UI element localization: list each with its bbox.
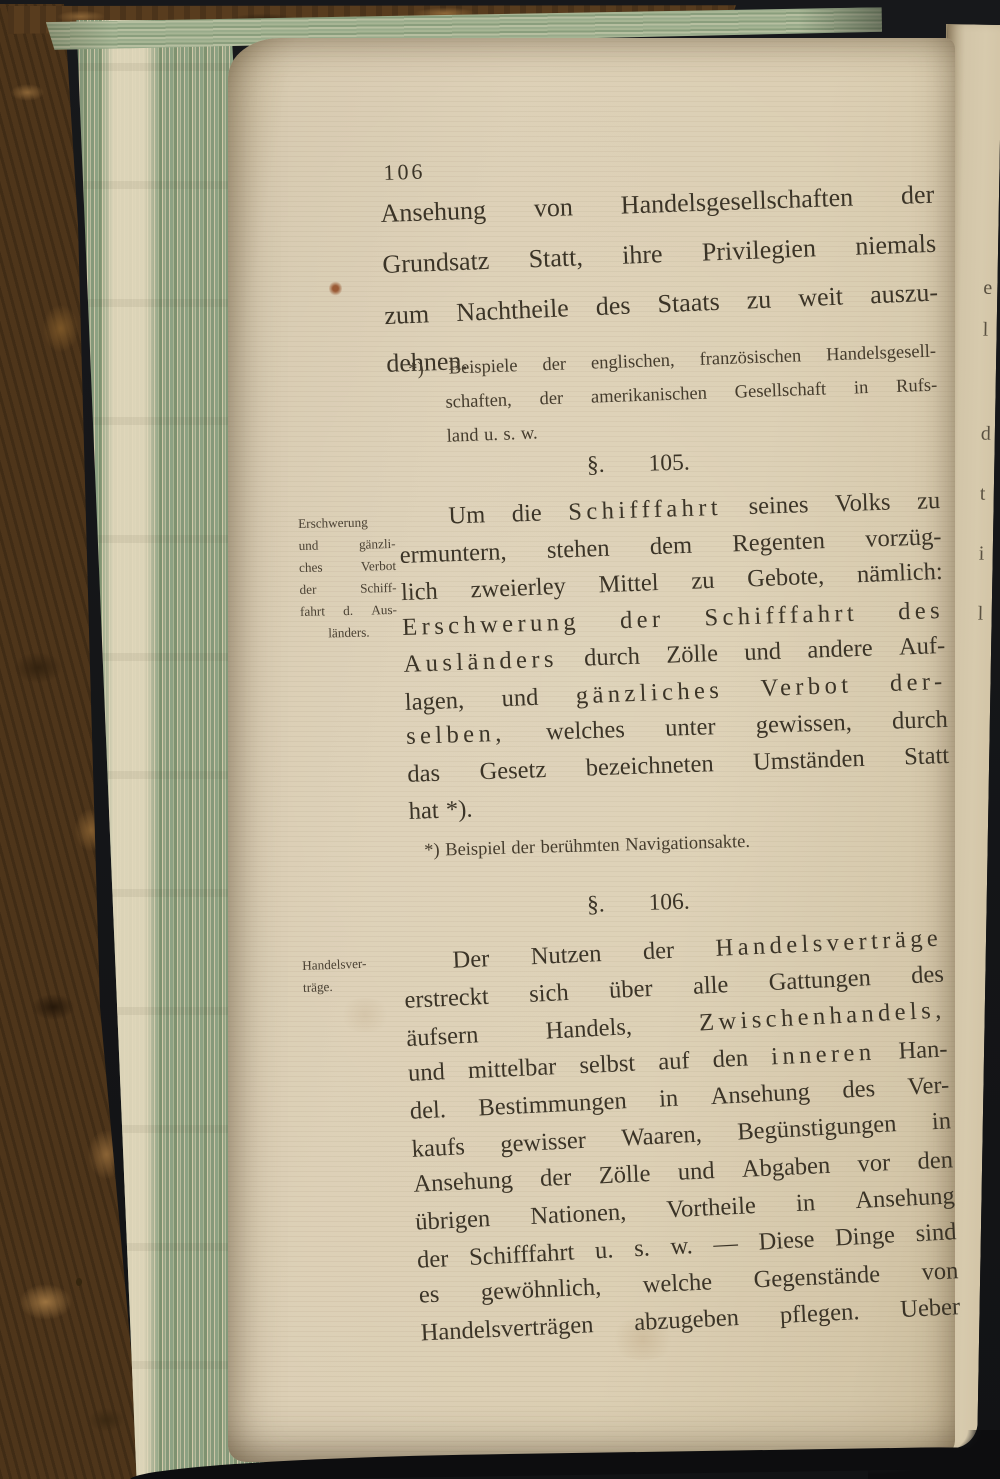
word: niemals <box>855 229 937 262</box>
word: Waaren, <box>621 1121 703 1153</box>
word: dem <box>649 531 692 560</box>
word: selben, <box>406 720 506 751</box>
word: des <box>898 596 945 625</box>
word: den <box>712 1044 749 1074</box>
word: Zölle <box>666 640 719 670</box>
text-line: fahrtd.Aus- <box>300 602 397 626</box>
text-line: chesVerbot <box>299 558 396 582</box>
word: inneren <box>771 1039 877 1072</box>
word: der <box>539 1164 572 1193</box>
foxing-spot <box>329 281 342 296</box>
word: und <box>501 683 539 712</box>
word: Zölle <box>598 1160 651 1190</box>
section-mark: §. <box>587 891 605 919</box>
word: der <box>299 582 316 598</box>
word: der <box>901 180 935 211</box>
word: gewisser <box>500 1127 587 1160</box>
word: Schifffahrt <box>704 599 859 632</box>
word: u. <box>484 425 499 446</box>
word: unter <box>665 713 716 743</box>
word: zweierley <box>470 573 566 605</box>
word: Gegenstände <box>753 1261 881 1295</box>
word: Ausländers <box>403 646 558 679</box>
word: abzugeben <box>634 1304 740 1337</box>
word: Gebote, <box>747 563 825 594</box>
word: gänzliches <box>575 676 723 710</box>
word: auf <box>658 1047 691 1076</box>
word: land <box>446 426 479 448</box>
word: Ver- <box>907 1071 950 1101</box>
word: länders. <box>328 625 370 642</box>
word: Gattungen <box>768 964 871 997</box>
word: Han- <box>898 1035 948 1065</box>
word: schaften, <box>445 390 512 413</box>
word: Aus- <box>371 602 397 619</box>
word: Erschwerung <box>298 515 368 532</box>
word: fahrt <box>300 603 325 620</box>
word: in <box>854 378 869 399</box>
word: Erschwerung <box>402 608 581 642</box>
word: Dinge <box>834 1221 895 1252</box>
word: Statt, <box>528 242 583 274</box>
text-line: *)BeispielderberühmtenNavigationsakte. <box>424 830 824 862</box>
word: zu <box>917 487 941 516</box>
word: w. <box>521 424 539 446</box>
word: des <box>842 1075 876 1105</box>
letter-fragment: e <box>983 277 992 300</box>
paragraph-106: DerNutzenderHandelsverträgeerstrecktsich… <box>402 924 961 1357</box>
word: von <box>533 192 573 223</box>
word: des <box>910 961 944 991</box>
letter-fragment: d <box>981 423 991 446</box>
text-line: länders. <box>300 624 397 648</box>
word: englischen, <box>591 351 675 375</box>
word: Vortheile <box>666 1192 757 1224</box>
word: und <box>407 1058 445 1088</box>
word: welches <box>546 716 626 746</box>
word: das <box>407 759 441 788</box>
word: del. <box>409 1096 446 1126</box>
word: *) <box>424 841 440 862</box>
word: Um <box>448 501 486 530</box>
word: erstreckt <box>404 983 490 1015</box>
word: nämlich: <box>856 558 943 589</box>
word: s. <box>633 1234 650 1263</box>
word: Navigationsakte. <box>625 832 750 856</box>
word: durch <box>584 643 641 673</box>
word: — <box>713 1230 739 1259</box>
word: Nutzen <box>530 940 602 971</box>
word: Abgaben <box>741 1152 831 1184</box>
word: Handelsverträge <box>715 925 943 963</box>
word: gewöhnlich, <box>480 1273 602 1306</box>
word: träge. <box>303 979 333 996</box>
word: seines <box>748 491 809 521</box>
word: Umständen <box>753 744 866 776</box>
edge-fleck <box>76 1278 82 1286</box>
word: der <box>542 354 566 376</box>
word: in <box>658 1085 678 1114</box>
word: stehen <box>546 534 610 564</box>
text-line: derSchiff- <box>299 580 396 604</box>
word: Verbot <box>361 558 396 575</box>
word: w. <box>670 1232 694 1261</box>
word: Schifffahrt <box>568 494 723 527</box>
text-line: Erschwerung <box>298 514 395 538</box>
word: übrigen <box>415 1205 491 1237</box>
word: zum <box>384 299 430 331</box>
word: gänzli- <box>359 536 396 553</box>
book-page: 106 AnsehungvonHandelsgesellschaftenderG… <box>228 38 955 1462</box>
word: lagen, <box>404 686 464 716</box>
page-number: 106 <box>383 159 426 186</box>
word: den <box>917 1146 954 1176</box>
word: Handelsgesellschaften <box>620 183 853 221</box>
word: kaufs <box>411 1133 465 1164</box>
word: Statt <box>904 741 950 771</box>
word: der- <box>889 667 947 697</box>
word: auszu- <box>869 277 938 310</box>
letter-fragment: i <box>979 543 985 566</box>
word: andere <box>807 635 873 665</box>
letter-fragment: l <box>982 319 988 342</box>
word: pflegen. <box>779 1298 860 1330</box>
word: Ansehung <box>413 1166 514 1198</box>
word: alle <box>692 971 729 1001</box>
word: Handelsgesell- <box>826 342 937 367</box>
word: es <box>418 1281 440 1310</box>
margin-note-106: Handelsver-träge. <box>302 955 400 1002</box>
word: Beispiel <box>445 839 506 862</box>
word: berühmten <box>540 836 620 859</box>
paragraph-105: UmdieSchifffahrtseinesVolkszuermuntern,s… <box>398 486 951 833</box>
word: und <box>744 638 782 667</box>
word: Rufs- <box>896 376 938 398</box>
section-mark: §. <box>587 452 605 479</box>
word: Ueber <box>900 1293 961 1324</box>
section-number: 106. <box>648 889 690 917</box>
word: mittelbar <box>467 1053 557 1085</box>
word: Nachtheile <box>456 293 570 328</box>
word: vor <box>857 1149 891 1178</box>
word: ermuntern, <box>399 538 507 570</box>
book-photo: eldtil 106 AnsehungvonHandelsgesellschaf… <box>0 0 1000 1479</box>
word: bezeichneten <box>585 750 714 782</box>
word: die <box>511 500 542 529</box>
word: der <box>416 1245 449 1275</box>
letter-fragment: l <box>978 603 984 626</box>
word: Gesellschaft <box>734 379 826 403</box>
word: Verbot <box>760 671 853 703</box>
section-heading-105: §. 105. <box>518 448 759 481</box>
word: welche <box>642 1268 713 1299</box>
word: der <box>642 937 675 966</box>
word: durch <box>892 706 949 736</box>
word: in <box>795 1189 815 1218</box>
word: Ansehung <box>380 195 486 229</box>
word: Auf- <box>898 632 945 662</box>
word: französischen <box>699 346 801 371</box>
word: äufsern <box>406 1021 479 1053</box>
foxing-stain <box>338 998 392 1032</box>
word: in <box>931 1107 952 1136</box>
word: über <box>608 975 653 1005</box>
word: d. <box>343 603 353 619</box>
word: zu <box>691 567 715 596</box>
text-line: träge. <box>303 977 401 1002</box>
word: sich <box>529 979 570 1009</box>
text-line: undgänzli- <box>298 536 395 560</box>
word: Handelsver- <box>302 956 367 974</box>
section-heading-106: §. 106. <box>518 886 759 921</box>
word: Der <box>452 945 490 975</box>
word: *) <box>408 359 424 381</box>
word: von <box>921 1257 959 1287</box>
word: Nationen, <box>530 1198 627 1231</box>
word: Diese <box>758 1226 815 1257</box>
word: und <box>298 538 318 554</box>
word: der <box>620 605 665 634</box>
word: amerikanischen <box>591 384 708 409</box>
word: vorzüg- <box>865 523 942 554</box>
word: Volks <box>835 489 891 519</box>
word: Ansehung <box>710 1078 811 1111</box>
page-corner-shadow <box>868 1430 1000 1479</box>
word: ihre <box>622 239 664 271</box>
footnote-navigationsakte: *)BeispielderberühmtenNavigationsakte. <box>424 830 824 862</box>
word: selbst <box>579 1050 636 1081</box>
word: Mittel <box>598 569 659 599</box>
word: Gesetz <box>479 755 547 785</box>
word: ches <box>299 559 323 575</box>
word: Grundsatz <box>382 246 490 280</box>
word: sind <box>915 1218 957 1248</box>
section-number: 105. <box>648 450 690 478</box>
word: gewissen, <box>755 709 852 740</box>
word: des <box>595 291 631 322</box>
word: lich <box>401 578 439 607</box>
letter-fragment: t <box>980 483 986 506</box>
word: *). <box>445 796 473 825</box>
word: hat <box>408 797 439 826</box>
word: Staats <box>657 287 720 320</box>
word: der <box>539 389 563 411</box>
word: Schifffahrt <box>468 1238 575 1272</box>
word: s. <box>503 424 516 445</box>
word: Schiff- <box>360 580 397 597</box>
word: weit <box>798 282 844 314</box>
word: zu <box>746 285 772 316</box>
word: Privilegien <box>701 233 816 267</box>
margin-note-105: Erschwerungundgänzli-chesVerbotderSchiff… <box>298 514 398 648</box>
word: Handels, <box>545 1013 633 1046</box>
word: Beispiele <box>448 356 518 379</box>
footnote-handelsgesellschaften: *)Beispielederenglischen,französischenHa… <box>408 342 939 462</box>
word: Regenten <box>732 527 825 558</box>
word: der <box>511 838 535 860</box>
cut-off-letter-fragments: eldtil <box>948 24 1000 25</box>
word: und <box>677 1157 715 1187</box>
word: u. <box>594 1236 614 1265</box>
word: Ansehung <box>855 1182 956 1215</box>
